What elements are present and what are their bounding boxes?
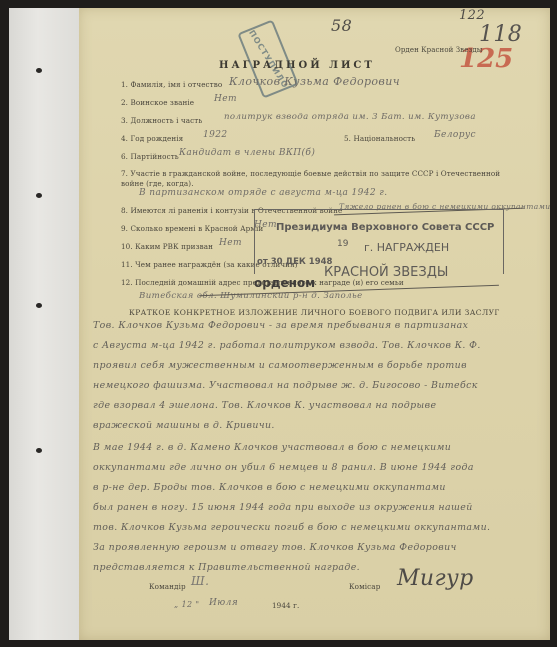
narrative-line: В мае 1944 г. в д. Камено Клочков участв… bbox=[93, 442, 451, 453]
narrative-line: в р-не дер. Броды тов. Клочков в бою с н… bbox=[93, 482, 446, 493]
award-stamp-year-prefix: 19 bbox=[337, 239, 348, 249]
corner-mark-top: 122 bbox=[459, 8, 485, 23]
field-value-party: Кандидат в члены ВКП(б) bbox=[179, 148, 315, 158]
award-stamp-line1: Президиума Верховного Совета СССР bbox=[276, 222, 494, 233]
narrative-line: вражеской машины в д. Кривичи. bbox=[93, 420, 275, 431]
section-heading: КРАТКОЕ КОНКРЕТНОЕ ИЗЛОЖЕНИЕ ЛИЧНОГО БОЕ… bbox=[129, 308, 500, 317]
field-value-conscription: Нет bbox=[219, 238, 242, 248]
narrative-line: где взорвал 4 эшелона. Тов. Клочков К. у… bbox=[93, 400, 436, 411]
award-stamp-order-label: орденом bbox=[254, 276, 315, 290]
narrative-line: представляется к Правительственной награ… bbox=[93, 562, 360, 573]
narrative-line: проявил себя мужественным и самоотвержен… bbox=[93, 360, 467, 371]
field-label-9: 9. Сколько времені в Красной Арміи bbox=[121, 224, 263, 233]
field-value-rank: Нет bbox=[214, 94, 237, 104]
commander-label: Командір bbox=[149, 582, 186, 591]
narrative-line: Тов. Клочков Кузьма Федорович - за время… bbox=[93, 320, 468, 331]
field-value-participation: В партизанском отряде с августа м-ца 194… bbox=[139, 188, 388, 198]
punch-hole bbox=[36, 448, 42, 453]
award-stamp-date: от 30 ДЕК 1948 bbox=[257, 257, 332, 267]
document-title: НАГРАДНОЙ ЛИСТ bbox=[219, 60, 375, 71]
field-value-nationality: Белорус bbox=[434, 130, 476, 140]
punch-hole bbox=[36, 303, 42, 308]
narrative-line: с Августа м-ца 1942 г. работал политруко… bbox=[93, 340, 481, 351]
punch-hole bbox=[36, 68, 42, 73]
field-label-7: 7. Участіе в гражданской войне, последую… bbox=[121, 169, 501, 189]
field-label-4: 4. Год рожденія bbox=[121, 134, 183, 143]
commander-signature: Ш. bbox=[191, 574, 209, 588]
order-label: Орден Красной Звезды bbox=[395, 46, 482, 54]
narrative-line: тов. Клочков Кузьма героически погиб в б… bbox=[93, 522, 490, 533]
field-label-10: 10. Каким РВК призван bbox=[121, 242, 213, 251]
award-stamp-awarded: г. НАГРАЖДЕН bbox=[364, 241, 449, 254]
signature-day: „ 12 " bbox=[174, 600, 200, 609]
narrative-line: За проявленную героизм и отвагу тов. Кло… bbox=[93, 542, 457, 553]
field-label-2: 2. Воинское званіе bbox=[121, 98, 194, 107]
field-label-6: 6. Партійность bbox=[121, 152, 179, 161]
field-label-5: 5. Національность bbox=[344, 134, 415, 143]
signature-month: Июля bbox=[209, 598, 238, 608]
field-value-position: политрук взвода отряда им. 3 Бат. им. Ку… bbox=[224, 112, 476, 122]
punch-hole bbox=[36, 193, 42, 198]
field-label-3: 3. Должность і часть bbox=[121, 116, 202, 125]
award-stamp-award-name: КРАСНОЙ ЗВЕЗДЫ bbox=[324, 265, 448, 280]
award-sheet: ПОСТУПИЛО 58 122 118 125 Орден Красной З… bbox=[79, 8, 550, 640]
narrative-line: немецкого фашизма. Участвовал на подрыве… bbox=[93, 380, 478, 391]
commissar-label: Комісар bbox=[349, 582, 380, 591]
archive-backing-strip bbox=[9, 8, 81, 640]
signature-year: 1944 г. bbox=[272, 601, 299, 610]
narrative-line: был ранен в ногу. 15 июня 1944 года при … bbox=[93, 502, 473, 513]
commissar-signature: Мигур bbox=[397, 566, 474, 591]
field-label-1: 1. Фамилія, імя і отчество bbox=[121, 80, 222, 89]
narrative-line: оккупантами где лично он убил 6 немцев и… bbox=[93, 462, 474, 473]
top-number: 58 bbox=[331, 16, 352, 35]
field-value-birth-year: 1922 bbox=[203, 130, 228, 140]
field-value-name: Клочков Кузьма Федорович bbox=[229, 75, 400, 88]
